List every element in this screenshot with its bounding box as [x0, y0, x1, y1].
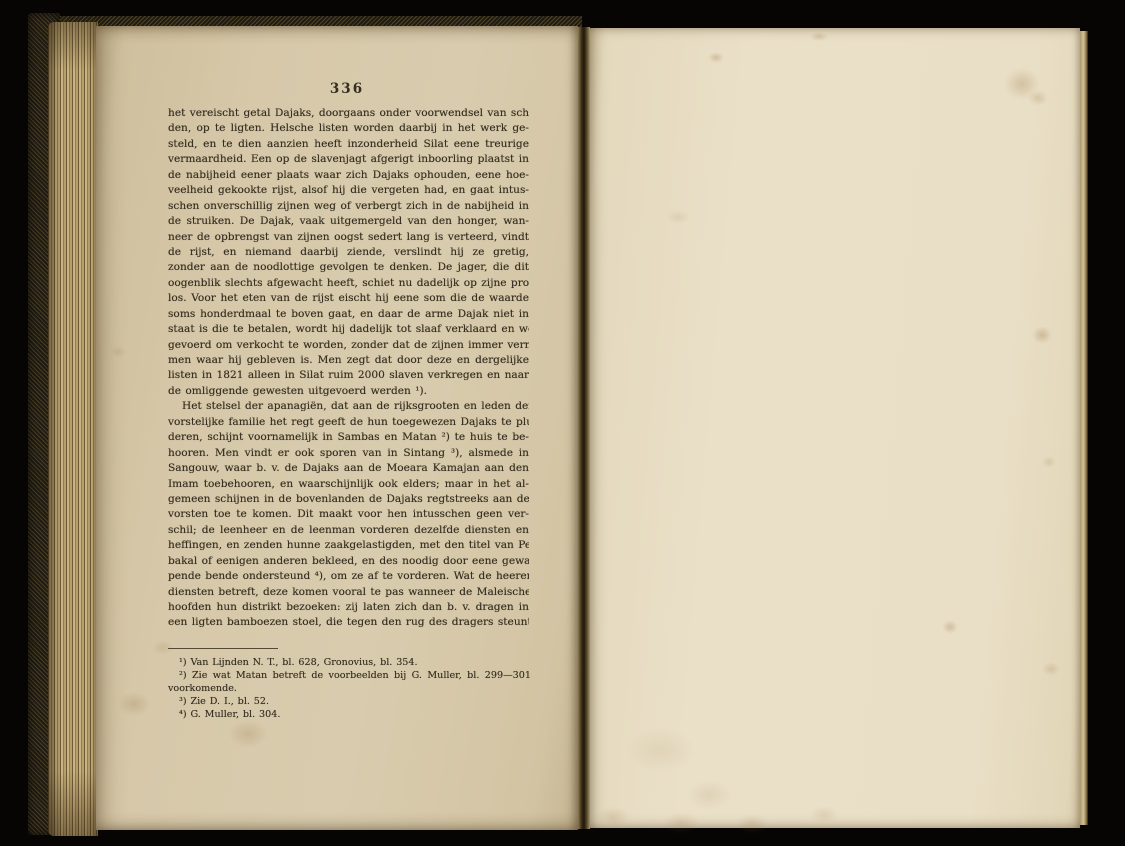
- paper-stain: [626, 728, 696, 772]
- text-line: gevoerd om verkocht te worden, zonder da…: [168, 338, 529, 353]
- text-line: oogenblik slechts afgewacht heeft, schie…: [168, 276, 529, 291]
- text-line: de omliggende gewesten uitgevoerd werden…: [168, 384, 529, 399]
- page-number: 336: [166, 81, 528, 97]
- text-line: soms honderdmaal te boven gaat, en daar …: [168, 307, 529, 322]
- text-line: Sangouw, waar b. v. de Dajaks aan de Moe…: [168, 461, 529, 476]
- footnotes: ¹) Van Lijnden N. T., bl. 628, Gronovius…: [168, 656, 531, 721]
- paper-stain: [228, 720, 268, 748]
- text-line: Het stelsel der apanagiën, dat aan de ri…: [168, 399, 529, 414]
- paper-stain: [810, 32, 828, 41]
- body-text: het vereischt getal Dajaks, doorgaans on…: [168, 106, 529, 631]
- text-line: veelheid gekookte rijst, alsof hij die v…: [168, 183, 529, 198]
- footnote-line: ²) Zie wat Matan betreft de voorbeelden …: [168, 669, 531, 682]
- text-line: hoofden hun distrikt bezoeken: zij laten…: [168, 600, 529, 615]
- text-line: neer de opbrengst van zijnen oogst seder…: [168, 230, 529, 245]
- text-line: staat is die te betalen, wordt hij dadel…: [168, 322, 529, 337]
- text-line: den, op te ligten. Helsche listen worden…: [168, 121, 529, 136]
- text-line: pende bende ondersteund ⁴), om ze af te …: [168, 569, 529, 584]
- text-line: vorstelijke familie het regt geeft de hu…: [168, 415, 529, 430]
- text-line: bakal of eenigen anderen bekleed, en des…: [168, 554, 529, 569]
- paper-stain: [1028, 90, 1048, 106]
- left-page: 336 het vereischt getal Dajaks, doorgaan…: [96, 26, 578, 830]
- text-line: steld, en te dien aanzien heeft inzonder…: [168, 137, 529, 152]
- text-line: Imam toebehooren, en waarschijnlijk ook …: [168, 477, 529, 492]
- text-line: schil; de leenheer en de leenman vordere…: [168, 523, 529, 538]
- text-line: hooren. Men vindt er ook sporen van in S…: [168, 446, 529, 461]
- footnote-line: ³) Zie D. I., bl. 52.: [168, 695, 531, 708]
- paper-stain: [662, 812, 700, 834]
- book-gutter: [578, 27, 590, 829]
- text-line: de nabijheid eener plaats waar zich Daja…: [168, 168, 529, 183]
- text-line: men waar hij gebleven is. Men zegt dat d…: [168, 353, 529, 368]
- text-line: vorsten toe te komen. Dit maakt voor hen…: [168, 507, 529, 522]
- paper-stain: [736, 814, 768, 834]
- text-line: listen in 1821 alleen in Silat ruim 2000…: [168, 368, 529, 383]
- page-stack-fore-edge: [48, 22, 98, 836]
- text-line: los. Voor het eten van de rijst eischt h…: [168, 291, 529, 306]
- paper-stain: [1032, 326, 1052, 344]
- paper-stain: [596, 806, 630, 828]
- footnote-line: voorkomende.: [168, 682, 531, 695]
- text-line: een ligten bamboezen stoel, die tegen de…: [168, 615, 529, 630]
- paper-stain: [1042, 456, 1056, 468]
- right-page-blank: [590, 28, 1080, 828]
- paper-stain: [118, 692, 150, 716]
- text-line: de struiken. De Dajak, vaak uitgemergeld…: [168, 214, 529, 229]
- text-line: zonder aan de noodlottige gevolgen te de…: [168, 260, 529, 275]
- right-page-edge: [1080, 31, 1088, 825]
- book-scan: 336 het vereischt getal Dajaks, doorgaan…: [0, 0, 1125, 846]
- text-line: gemeen schijnen in de bovenlanden de Daj…: [168, 492, 529, 507]
- footnote-separator: [168, 648, 278, 649]
- paper-stain: [1004, 68, 1040, 100]
- text-line: heffingen, en zenden hunne zaakgelastigd…: [168, 538, 529, 553]
- paper-stain: [666, 210, 690, 224]
- paper-stain: [810, 806, 838, 824]
- text-line: het vereischt getal Dajaks, doorgaans on…: [168, 106, 529, 121]
- text-line: schen onverschillig zijnen weg of verber…: [168, 199, 529, 214]
- paper-stain: [1042, 662, 1060, 676]
- paper-stain: [110, 346, 126, 358]
- text-line: vermaardheid. Een op de slavenjagt afger…: [168, 152, 529, 167]
- text-line: diensten betreft, deze komen vooral te p…: [168, 585, 529, 600]
- paper-stain: [686, 780, 732, 810]
- paper-stain: [942, 620, 958, 634]
- text-line: de rijst, en niemand daarbij ziende, ver…: [168, 245, 529, 260]
- footnote-line: ⁴) G. Muller, bl. 304.: [168, 708, 531, 721]
- paper-stain: [708, 52, 724, 63]
- text-line: deren, schijnt voornamelijk in Sambas en…: [168, 430, 529, 445]
- footnote-line: ¹) Van Lijnden N. T., bl. 628, Gronovius…: [168, 656, 531, 669]
